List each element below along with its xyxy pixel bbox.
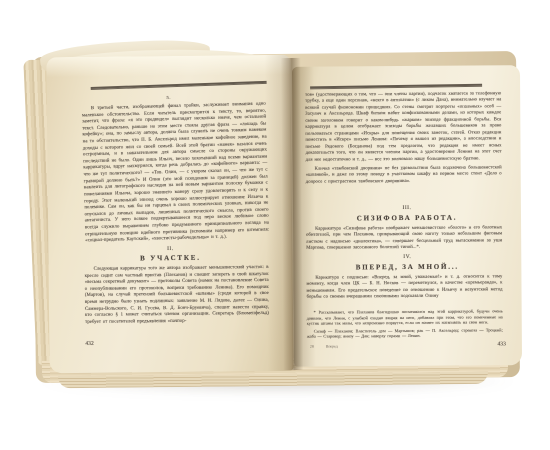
section-2-heading: В УЧАСТКЕ. — [48, 253, 292, 264]
book-photo: 5. В третьей части, изображающей финал т… — [0, 0, 550, 450]
section-2-number: II. — [48, 245, 292, 254]
left-page-number: 432 — [85, 341, 93, 347]
section-4-heading: ВПЕРЕД, ЗА МНОЙ... — [293, 262, 521, 272]
header-rule-right — [310, 84, 482, 88]
paragraph-text: Карикатура с подписью: «Вперед, за мной,… — [306, 274, 502, 301]
signature-mark: 28 — [310, 345, 314, 349]
section-3-heading: СИЗИФОВА РАБОТА. — [293, 213, 521, 223]
left-page-paragraph-1: В третьей части, изображающей финал трой… — [82, 102, 270, 248]
left-page: 5. В третьей части, изображающей финал т… — [46, 55, 293, 374]
left-section-mark: 5. — [47, 94, 291, 102]
paragraph-text: Каррикатура «Сизифова работа» изображает… — [306, 225, 502, 252]
right-page-paragraph-4: Карикатура с подписью: «Вперед, за мной,… — [306, 274, 502, 304]
section-4-number: IV. — [293, 253, 521, 261]
footnote-text: * Рассказывают, что Плеханов благодушно … — [307, 308, 503, 326]
paragraph-text: тов» (удостоверяющих о том, что — они чл… — [305, 91, 501, 164]
paragraph-text: Кличка «тамбовский дворянин» не без удов… — [306, 165, 502, 186]
footnote-legend: Сизиф — Плеханов; Властитель дум — Марты… — [307, 327, 503, 340]
right-page: тов» (удостоверяющих о том, что — они чл… — [292, 65, 522, 367]
signature-title: Вперед — [326, 344, 338, 348]
left-page-paragraph-2: Следующая каррикатура того же автора изо… — [85, 265, 270, 329]
right-page-number: 433 — [497, 341, 505, 347]
book-gutter-crease — [281, 58, 304, 370]
paragraph-text: Следующая каррикатура того же автора изо… — [85, 265, 270, 326]
paragraph-text: В третьей части, изображающей финал трой… — [82, 102, 270, 246]
right-page-footnote: * Рассказывают, что Плеханов благодушно … — [307, 308, 503, 342]
right-page-paragraphs-top: тов» (удостоверяющих о том, что — они чл… — [305, 91, 502, 188]
header-rule-left — [91, 81, 267, 89]
section-3-number: III. — [293, 204, 521, 212]
right-page-paragraph-3: Каррикатура «Сизифова работа» изображает… — [306, 225, 502, 255]
